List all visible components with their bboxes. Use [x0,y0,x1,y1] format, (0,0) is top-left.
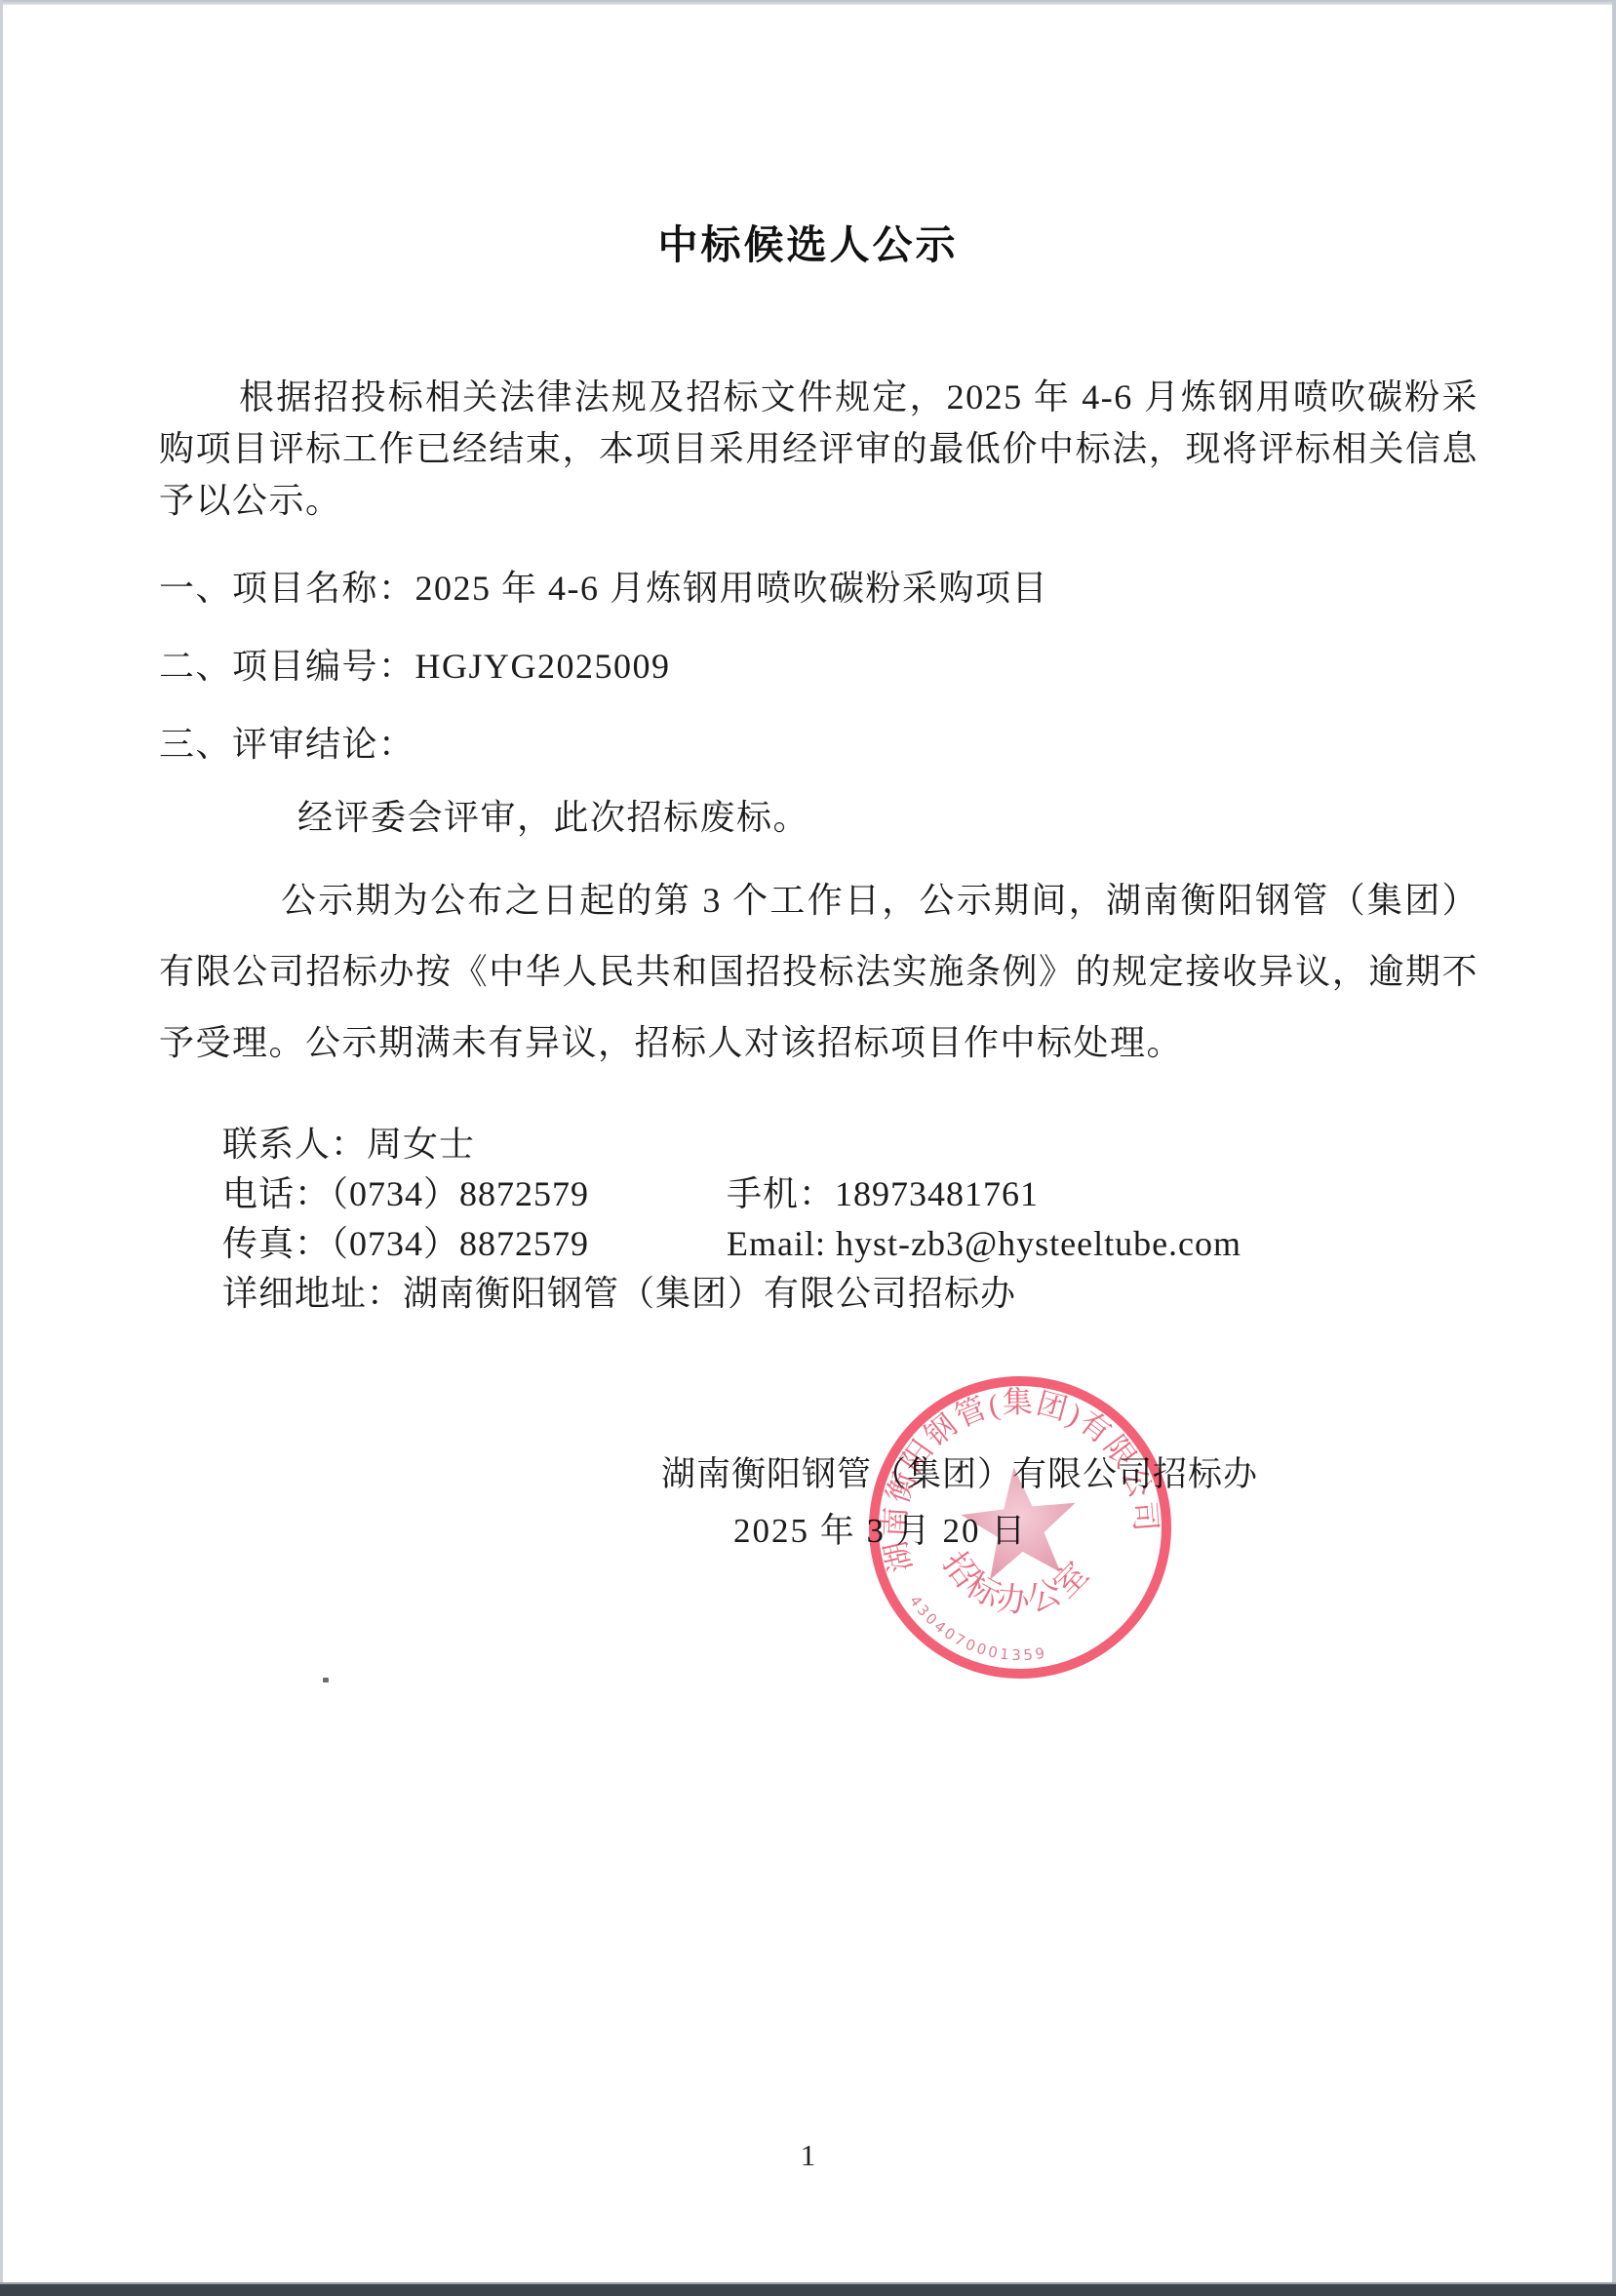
item-project-name: 一、项目名称：2025 年 4-6 月炼钢用喷吹碳粉采购项目 [159,569,1478,608]
contact-person: 联系人：周女士 [222,1125,1480,1164]
scan-speck [323,1678,329,1682]
scan-edge-left [0,0,3,2296]
scan-edge-top [0,0,1616,5]
item-review-heading: 三、评审结论： [159,725,1478,764]
page-title: 中标候选人公示 [0,213,1616,270]
item-project-number: 二、项目编号：HGJYG2025009 [159,647,1478,686]
scan-edge-right [1612,0,1616,2296]
review-conclusion: 经评委会评审，此次招标废标。 [297,798,809,837]
scan-edge-bottom [0,2284,1616,2296]
contact-fax-row: 传真：（0734）8872579 Email: hyst-zb3@hysteel… [222,1224,1480,1263]
contact-mobile: 手机：18973481761 [727,1174,1039,1213]
contact-address-text: 详细地址：湖南衡阳钢管（集团）有限公司招标办 [222,1274,1016,1313]
contact-person-text: 联系人：周女士 [222,1125,475,1164]
contact-phone: 电话：（0734）8872579 [222,1174,589,1213]
contact-fax: 传真：（0734）8872579 [222,1224,589,1263]
seal-ring-text: 湖南衡阳钢管(集团)有限公司 [869,1366,1181,1612]
document-page: 中标候选人公示 根据招投标相关法律法规及招标文件规定，2025 年 4-6 月炼… [0,0,1616,2296]
seal-ring-text-container: 湖南衡阳钢管(集团)有限公司 [869,1366,1181,1612]
company-seal-stamp: 湖南衡阳钢管(集团)有限公司 招标办公室 4304070001359 [842,1349,1199,1706]
notice-paragraph: 公示期为公布之日起的第 3 个工作日，公示期间，湖南衡阳钢管（集团）有限公司招标… [159,865,1478,1079]
contact-address: 详细地址：湖南衡阳钢管（集团）有限公司招标办 [222,1274,1480,1313]
page-number: 1 [0,2138,1616,2173]
intro-paragraph: 根据招投标相关法律法规及招标文件规定，2025 年 4-6 月炼钢用喷吹碳粉采购… [159,372,1478,527]
contact-phone-row: 电话：（0734）8872579 手机：18973481761 [222,1174,1480,1213]
contact-email: Email: hyst-zb3@hysteeltube.com [727,1224,1242,1263]
